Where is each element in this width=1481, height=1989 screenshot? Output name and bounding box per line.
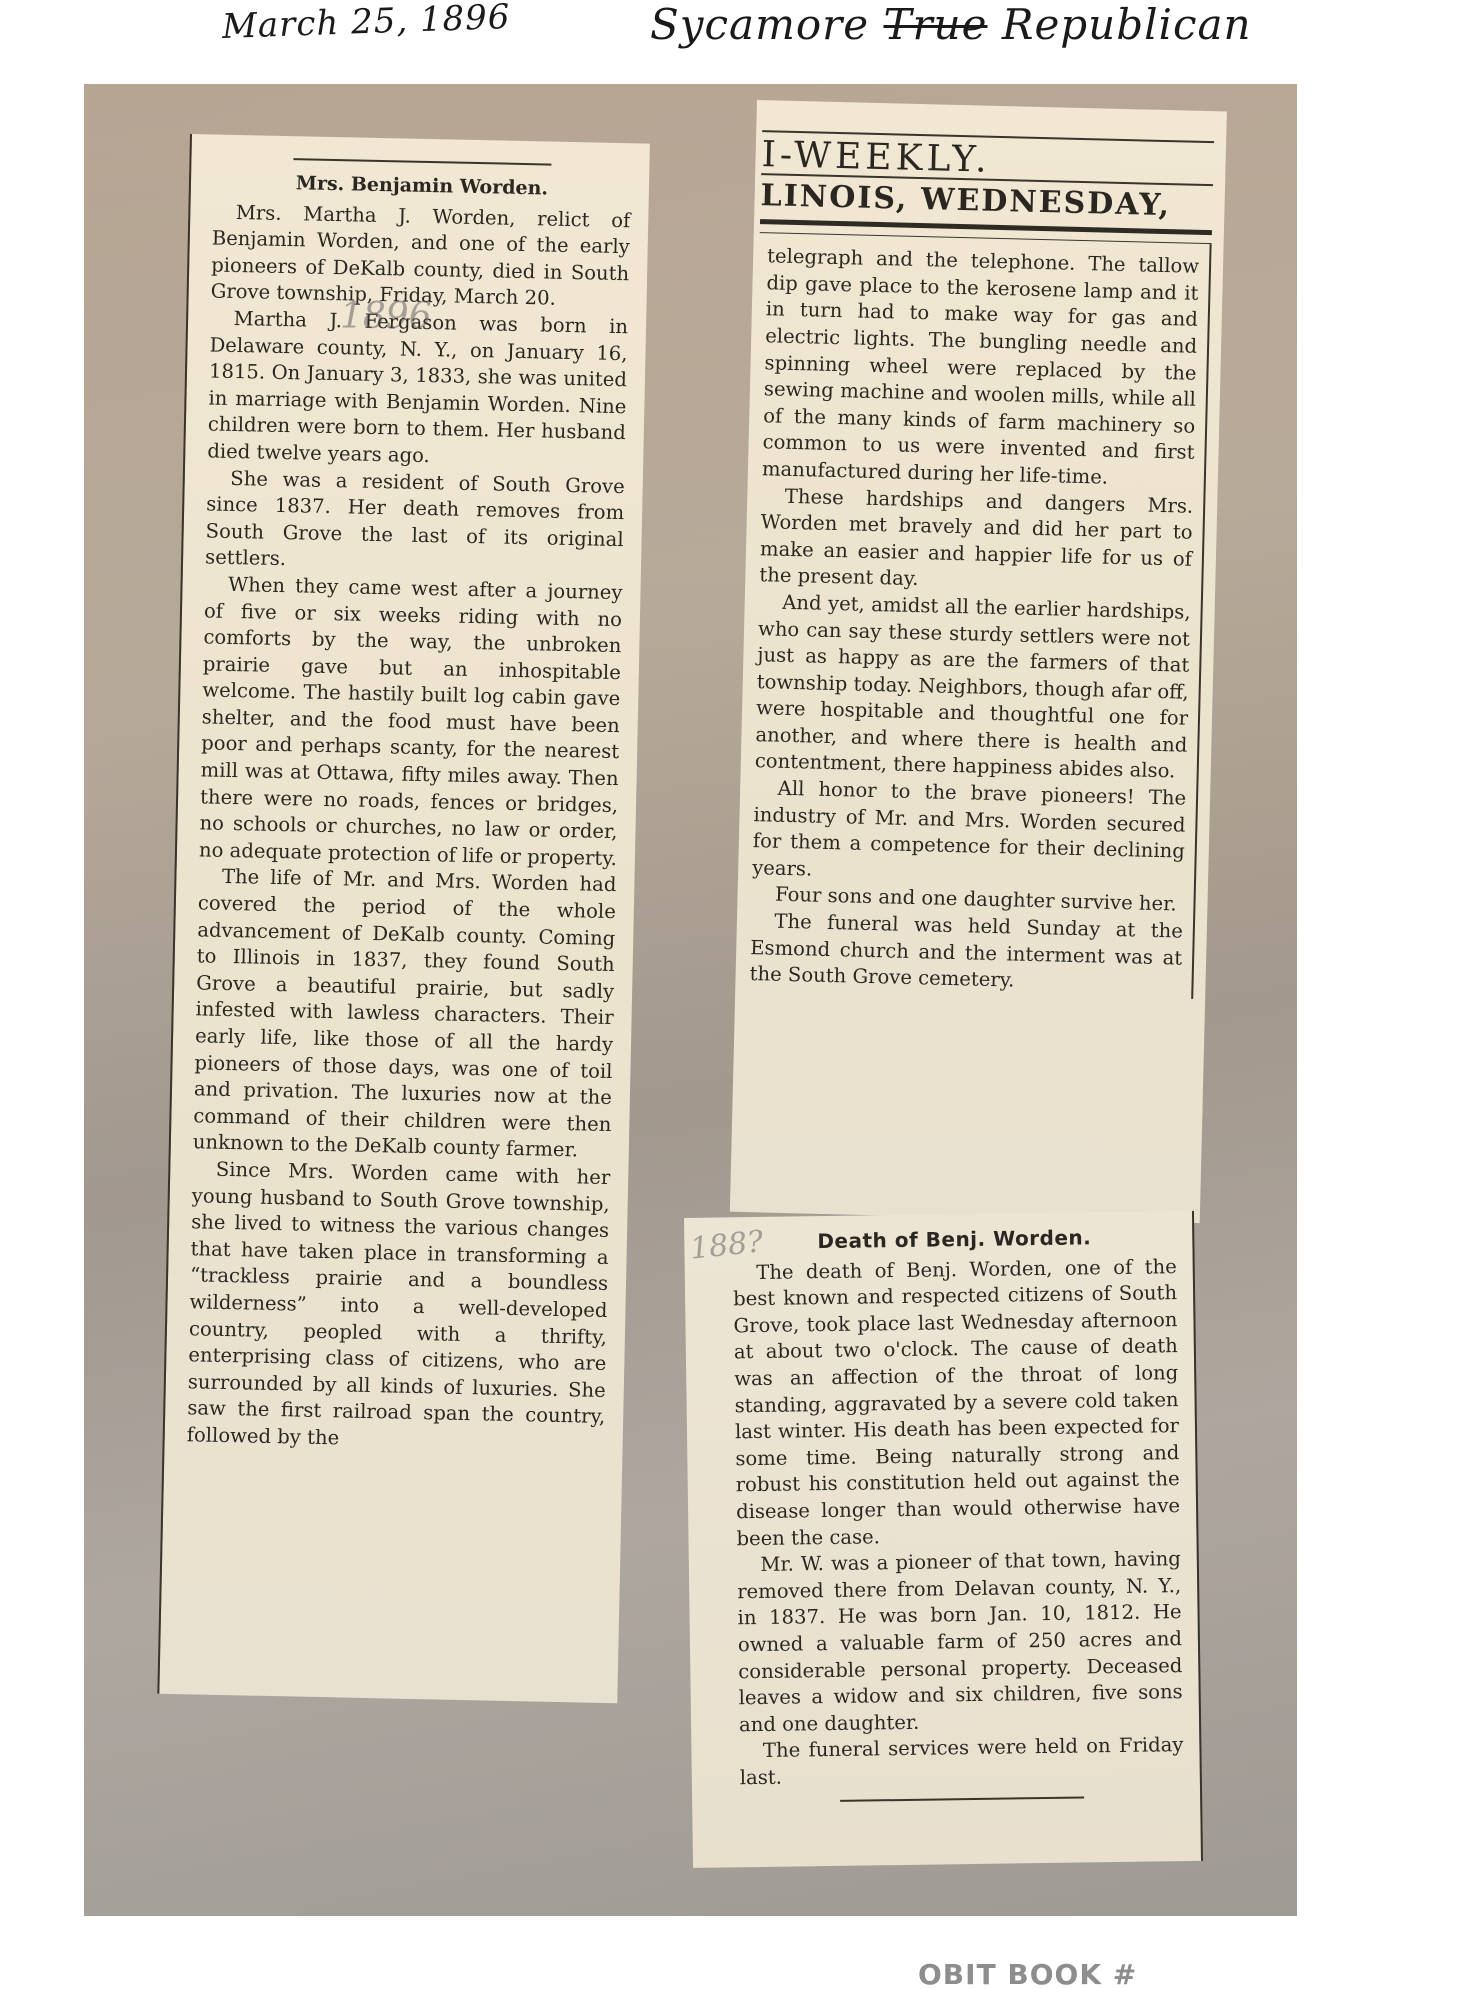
clipping-top-rule — [293, 158, 551, 165]
clipping-continuation: I-WEEKLY. LINOIS, WEDNESDAY, telegraph a… — [730, 100, 1227, 1223]
paragraph: These hardships and dangers Mrs. Worden … — [759, 483, 1193, 600]
clipping-death-of-benj-worden: Death of Benj. Worden. The death of Benj… — [684, 1211, 1203, 1868]
paragraph: And yet, amidst all the earlier hardship… — [755, 589, 1191, 786]
newspaper-name-suffix: Republican — [987, 0, 1251, 49]
paragraph: She was a resident of South Grove since … — [205, 465, 625, 580]
handwritten-date: March 25, 1896 — [221, 0, 511, 47]
clipping-mrs-benjamin-worden: Mrs. Benjamin Worden. Mrs. Martha J. Wor… — [157, 134, 650, 1703]
newspaper-name-prefix: Sycamore — [650, 0, 883, 49]
clipping-title: Death of Benj. Worden. — [732, 1223, 1176, 1256]
paragraph: The life of Mr. and Mrs. Worden had cove… — [193, 864, 617, 1165]
paragraph: The funeral was held Sunday at the Esmon… — [749, 908, 1183, 998]
paragraph: The funeral services were held on Friday… — [739, 1732, 1184, 1791]
pencil-year-annotation: 1896 — [340, 296, 432, 337]
clipping-body: telegraph and the telephone. The tallow … — [741, 233, 1211, 998]
clipping-end-rule — [840, 1797, 1084, 1802]
paragraph: When they came west after a journey of f… — [199, 571, 623, 872]
paragraph: Since Mrs. Worden came with her young hu… — [186, 1156, 610, 1457]
paragraph: The death of Benj. Worden, one of the be… — [733, 1254, 1181, 1553]
paragraph: telegraph and the telephone. The tallow … — [762, 243, 1200, 493]
paragraph: All honor to the brave pioneers! The ind… — [752, 775, 1186, 892]
newspaper-masthead: I-WEEKLY. LINOIS, WEDNESDAY, — [760, 130, 1214, 244]
newspaper-name-struck-word: True — [883, 0, 987, 49]
clipping-title: Mrs. Benjamin Worden. — [213, 168, 631, 203]
obit-book-stamp: OBIT BOOK # — [918, 1958, 1137, 1989]
paragraph: Mr. W. was a pioneer of that town, havin… — [737, 1546, 1184, 1738]
handwritten-newspaper-name: Sycamore True Republican — [650, 0, 1252, 49]
